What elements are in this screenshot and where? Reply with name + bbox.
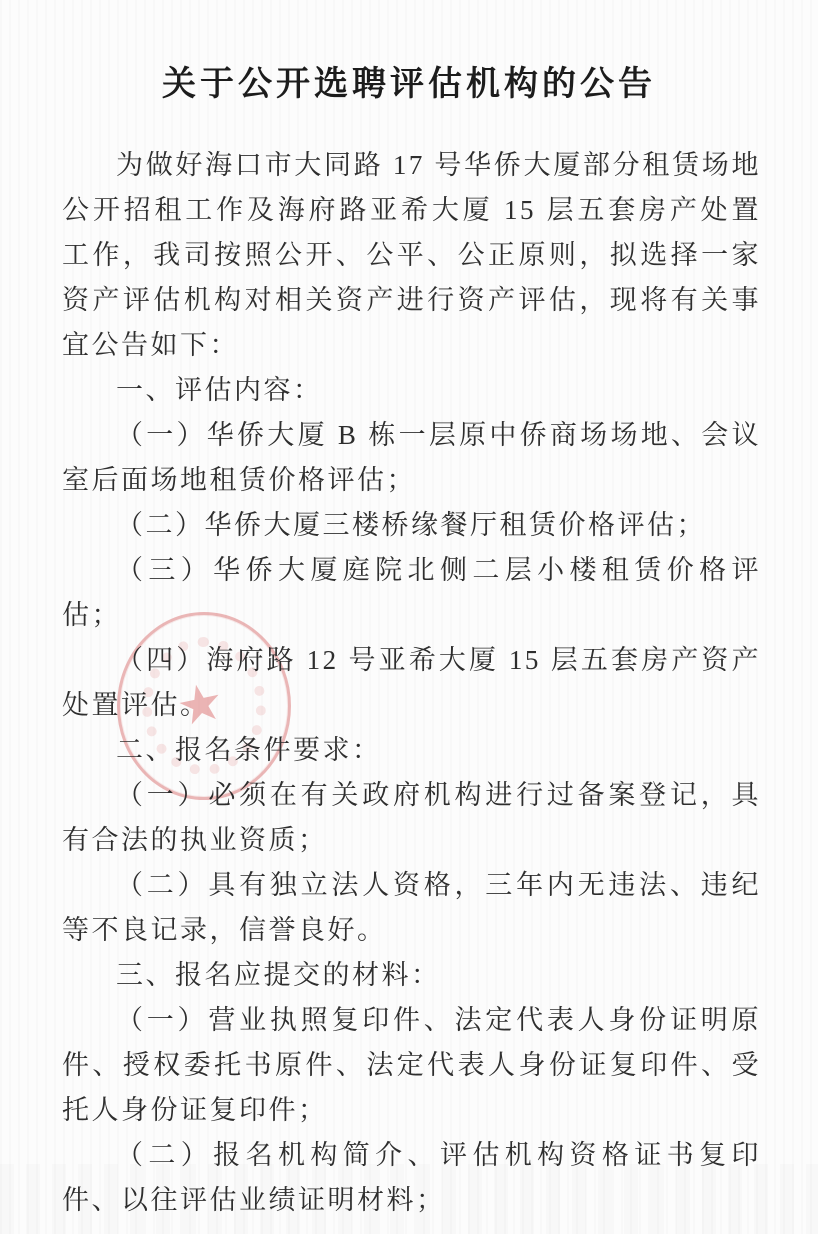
document-body: 为做好海口市大同路 17 号华侨大厦部分租赁场地公开招租工作及海府路亚希大厦 1… (0, 143, 818, 1223)
paragraph: （二）报名机构简介、评估机构资格证书复印件、以往评估业绩证明材料； (62, 1133, 761, 1223)
paragraph: （二）华侨大厦三楼桥缘餐厅租赁价格评估； (62, 503, 761, 548)
paragraph: 为做好海口市大同路 17 号华侨大厦部分租赁场地公开招租工作及海府路亚希大厦 1… (62, 143, 761, 368)
paragraph: 一、评估内容： (62, 368, 761, 413)
paragraph: （三）华侨大厦庭院北侧二层小楼租赁价格评估； (62, 548, 761, 638)
paragraph: 二、报名条件要求： (62, 728, 761, 773)
paragraph: （一）营业执照复印件、法定代表人身份证明原件、授权委托书原件、法定代表人身份证复… (62, 998, 761, 1133)
paragraph: （一）华侨大厦 B 栋一层原中侨商场场地、会议室后面场地租赁价格评估； (62, 413, 761, 503)
paragraph: 三、报名应提交的材料： (62, 953, 761, 998)
document-title: 关于公开选聘评估机构的公告 (0, 0, 818, 105)
paragraph: （四）海府路 12 号亚希大厦 15 层五套房产资产处置评估。 (62, 638, 761, 728)
scanned-document-page: ★ 关于公开选聘评估机构的公告 为做好海口市大同路 17 号华侨大厦部分租赁场地… (0, 0, 818, 1234)
paragraph: （二）具有独立法人资格，三年内无违法、违纪等不良记录，信誉良好。 (62, 863, 761, 953)
paragraph: （一）必须在有关政府机构进行过备案登记，具有合法的执业资质； (62, 773, 761, 863)
